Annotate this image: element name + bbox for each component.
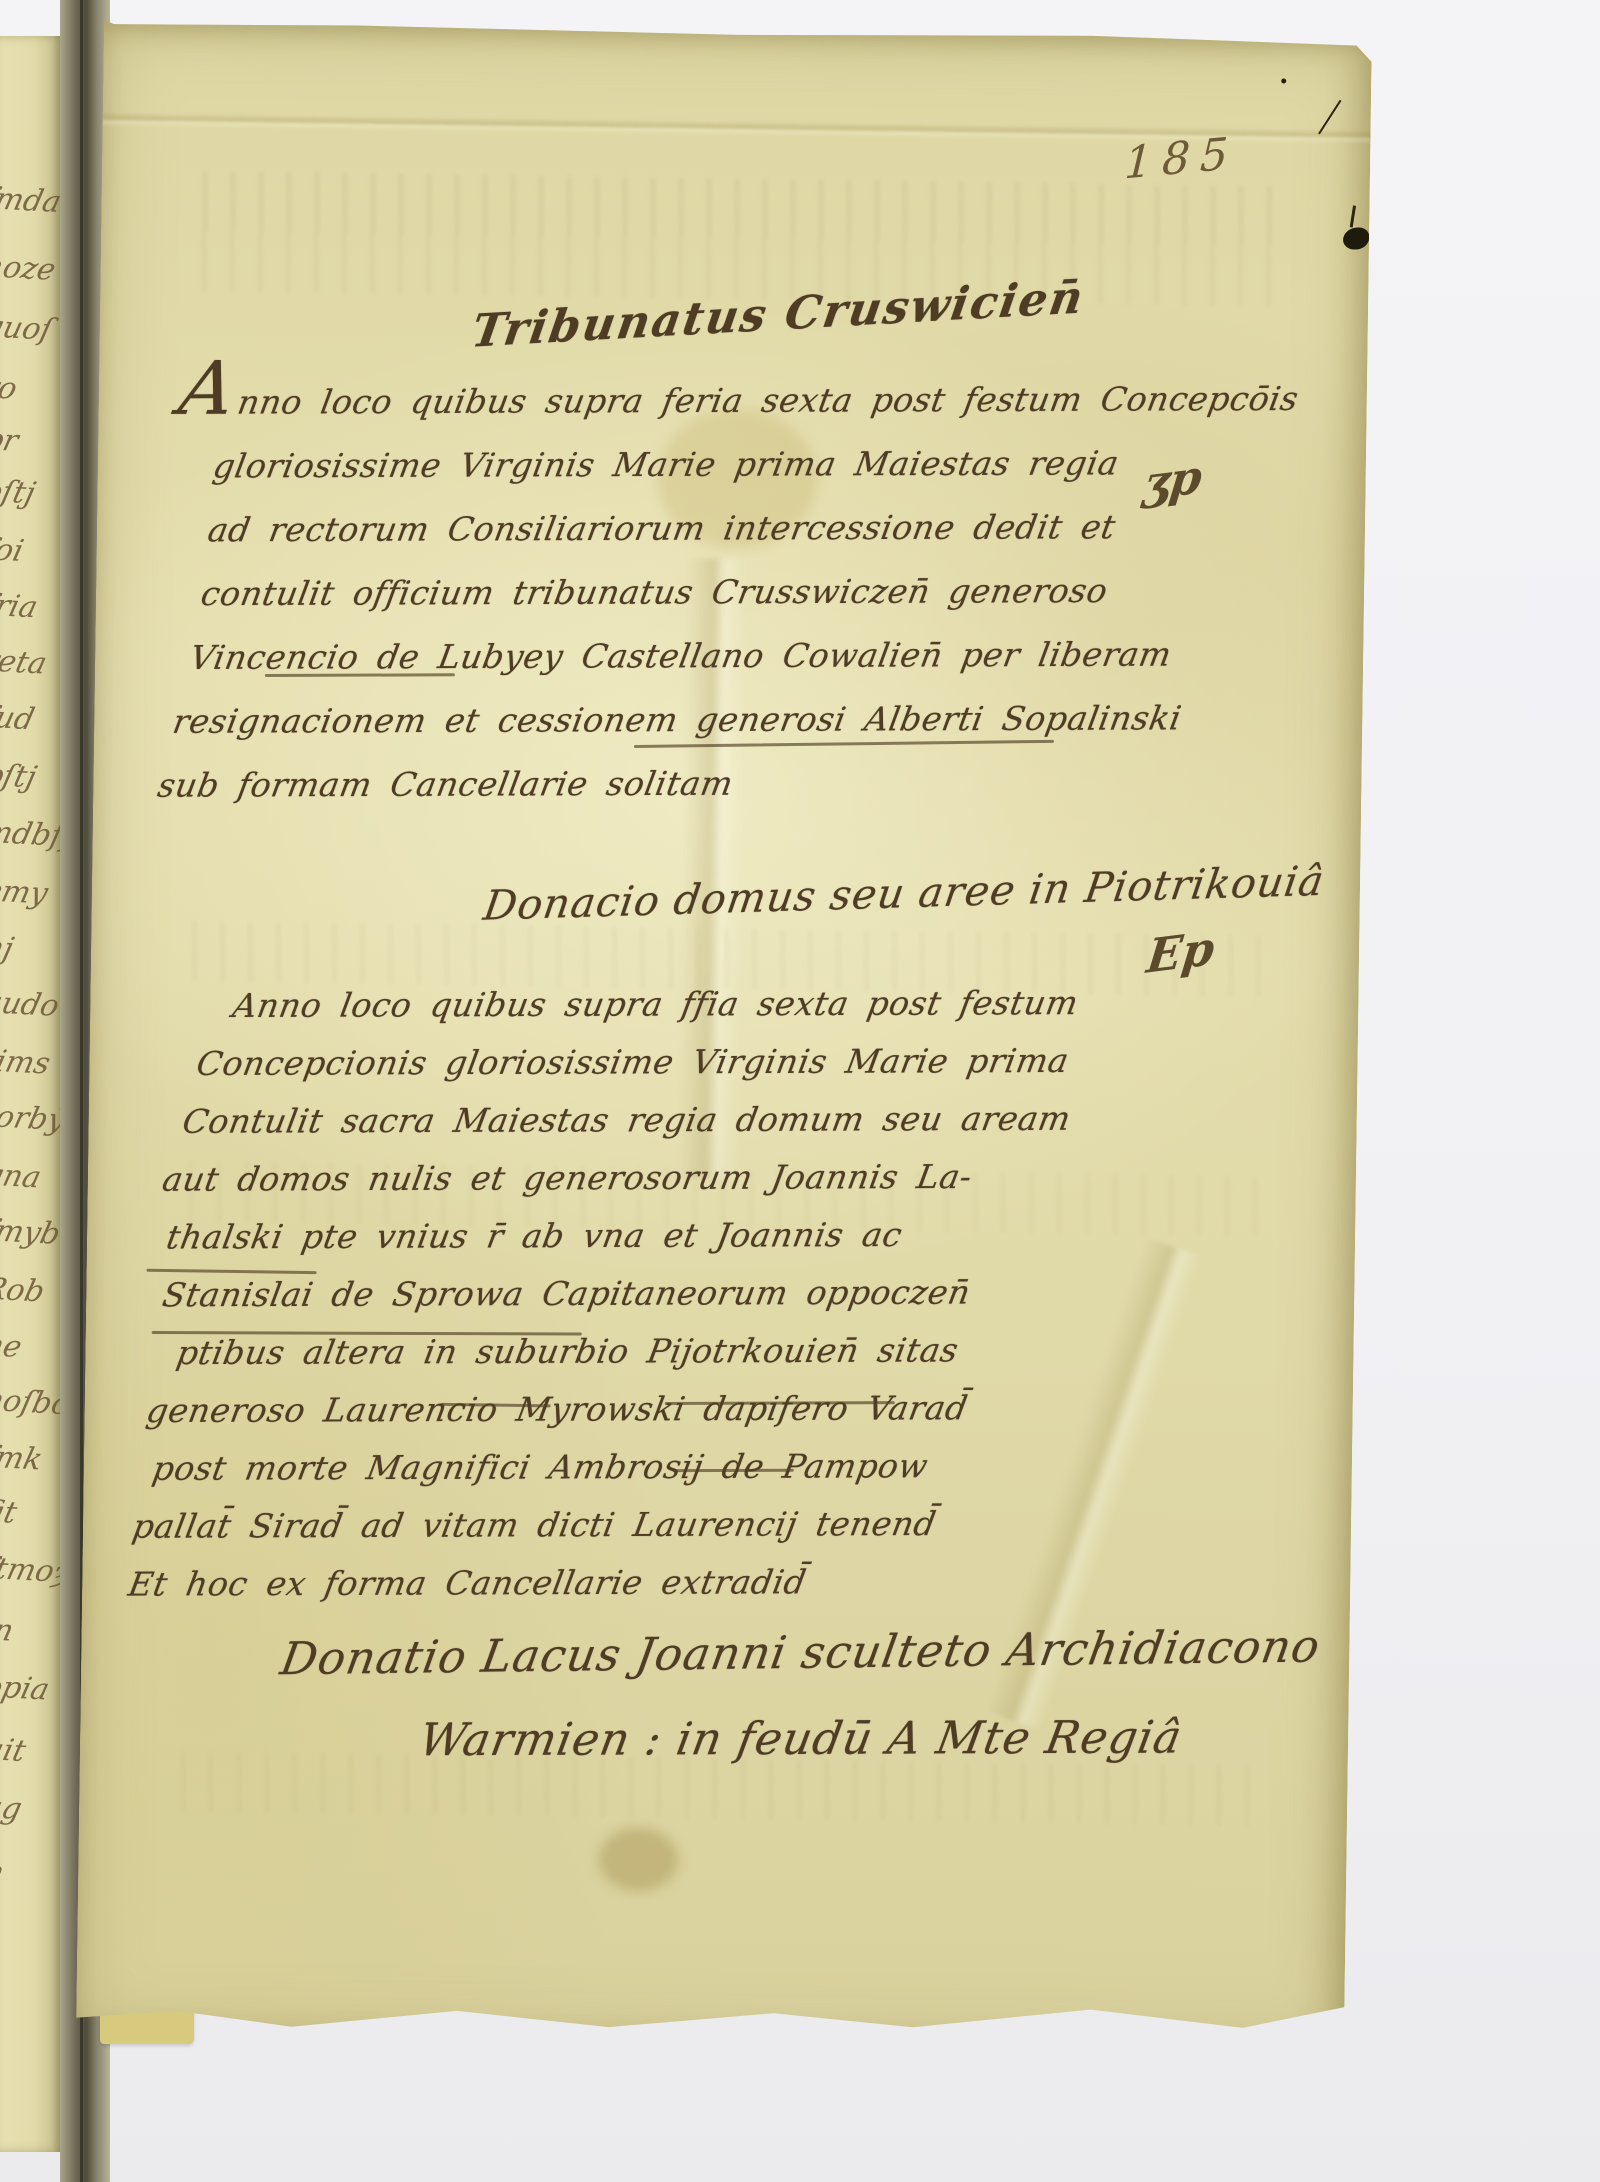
entry2-heading: Donacio domus seu aree in Piotrikouiâ xyxy=(481,857,1328,930)
text-line: post morte Magnifici Ambrosij de Pampow xyxy=(148,1437,1015,1498)
text-line: Vincencio de Lubyey Castellano Cowalien̄… xyxy=(185,622,1260,689)
margin-mark-2: Ep xyxy=(1144,920,1217,984)
text-line: thalski pte vnius r̄ ab vna et Joannis a… xyxy=(162,1206,1055,1267)
folio-number: 185 xyxy=(1123,128,1239,190)
entry1-text: Anno loco quibus supra feria sexta post … xyxy=(107,353,1307,818)
page-edge-fragment: fit xyxy=(0,1497,19,1528)
page-edge-fragment: ro xyxy=(0,373,20,404)
text-line: contulit officium tribunatus Crusswiczen… xyxy=(196,559,1271,626)
text-line: Concepcionis gloriosissime Virginis Mari… xyxy=(192,1032,1085,1093)
text-line: gloriosissime Virginis Marie prima Maies… xyxy=(208,431,1293,499)
page-edge-fragment: oſtj xyxy=(0,477,38,509)
margin-mark-1: ʒp xyxy=(1141,449,1205,512)
page-edge-fragment: ne xyxy=(0,1331,24,1363)
page-edge-fragment: mdbſſ xyxy=(0,818,62,852)
page-edge-fragment: ſmk xyxy=(0,1443,45,1476)
text-line: ptibus altera in suburbio Pijotrkouien̄ … xyxy=(172,1321,1035,1382)
manuscript-scan: ſmdahozequoſroproſtjſoifriaretaſudpſtjmd… xyxy=(0,0,1600,2182)
page-edge-fragment: Rob xyxy=(0,1275,47,1308)
facing-page-edge: ſmdahozequoſroproſtjſoifriaretaſudpſtjmd… xyxy=(0,36,62,2152)
page-edge-fragment: n xyxy=(0,1858,7,1889)
page-edge-fragment: ſtmoȝ xyxy=(0,1554,62,1588)
text-line: Anno loco quibus supra ffia sexta post f… xyxy=(228,974,1095,1035)
ink-spot xyxy=(1281,78,1286,83)
page-edge-fragment: pſtj xyxy=(0,761,39,793)
entry2-text: Anno loco quibus supra ffia sexta post f… xyxy=(88,974,1096,1614)
text-line: ad rectorum Consiliariorum intercessione… xyxy=(203,495,1282,563)
page-edge-fragment: ag xyxy=(0,1793,24,1825)
page-edge-fragment: in xyxy=(0,1615,16,1646)
text-line: Et hoc ex forma Cancellarie extradid̄ xyxy=(124,1553,995,1614)
entry3-heading-line1: Donatio Lacus Joanni sculteto Archidiaco… xyxy=(277,1619,1324,1685)
page-edge-fragment: ſoi xyxy=(0,535,26,567)
ink-underline xyxy=(674,1469,794,1472)
page-edge-fragment: audo xyxy=(0,988,62,1022)
page-edge-fragment: ſmda xyxy=(0,184,62,218)
text-line: sub formam Cancellarie solitam xyxy=(153,750,1238,818)
page-edge-fragment: opia xyxy=(0,1672,52,1705)
page-edge-fragment: reta xyxy=(0,647,49,680)
text-line: Anno loco quibus supra feria sexta post … xyxy=(173,353,1306,435)
page-edge-fragment: pr xyxy=(0,425,21,456)
stain xyxy=(598,1827,679,1892)
page-edge-fragment: fria xyxy=(0,591,40,623)
text-line: Contulit sacra Maiestas regia domum seu … xyxy=(178,1090,1075,1151)
text-line: generoso Laurencio Myrowski dapifero Var… xyxy=(142,1379,1025,1440)
page-edge-fragment: uit xyxy=(0,1735,28,1767)
page-edge-fragment: torbẏ xyxy=(0,1102,62,1136)
page-edge-fragment: nj xyxy=(0,933,16,964)
page-edge-fragment: emy xyxy=(0,877,51,910)
page-edge-fragment: tims xyxy=(0,1046,53,1079)
page-edge-fragment: ſud xyxy=(0,703,37,735)
text-line: pallat̄ Sirad̄ ad vitam dicti Laurencij … xyxy=(128,1495,1005,1556)
ink-blot xyxy=(1343,227,1369,249)
page-edge-fragment: quoſ xyxy=(0,312,55,345)
page-edge-fragment: hoze xyxy=(0,252,58,285)
page-edge-fragment: noſbo xyxy=(0,1386,62,1420)
page-edge-fragment: gna xyxy=(0,1161,44,1194)
text-line: aut domos nulis et generosorum Joannis L… xyxy=(158,1148,1066,1209)
page-edge-fragment: ſmyb xyxy=(0,1216,62,1250)
entry3-heading-line2: Warmien : in feudū A Mte Regiâ xyxy=(415,1711,1186,1767)
manuscript-page: 185 Tribunatus Cruswicien̄ Anno loco qui… xyxy=(76,20,1372,2056)
